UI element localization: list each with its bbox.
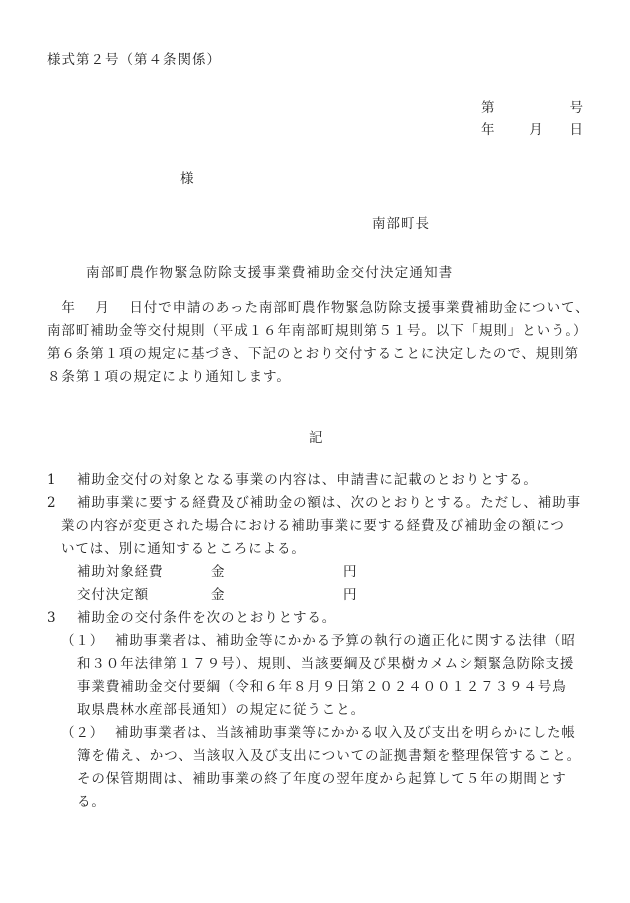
condition-text-continued: その保管期間は、補助事業の終了年度の翌年度から起算して５年の期間とす	[47, 768, 607, 791]
addressee: 様	[180, 168, 194, 190]
condition-text: 補助事業者は、当該補助事業等にかかる収入及び支出を明らかにした帳	[115, 725, 576, 741]
condition-text-continued: 取県農林水産部長通知）の規定に従うこと。	[47, 699, 607, 722]
body-line: ８条第１項の規定により通知します。	[47, 366, 597, 389]
condition-number: （２）	[61, 722, 115, 744]
body-line: 南部町補助金等交付規則（平成１６年南部町規則第５１号。以下「規則」という。）	[47, 320, 597, 343]
amount-yen: 円	[343, 561, 357, 584]
item-3: 3補助金の交付条件を次のとおりとする。	[47, 607, 607, 630]
doc-number-suffix: 号	[570, 97, 584, 119]
condition-text: 補助事業者は、補助金等にかかる予算の執行の適正化に関する法律（昭	[115, 633, 576, 649]
item-text: 補助金交付の対象となる事業の内容は、申請書に記載のとおりとする。	[77, 472, 538, 488]
doc-number-prefix: 第	[481, 97, 495, 119]
sender: 南部町長	[372, 213, 430, 235]
condition-text-continued: 事業費補助金交付要綱（令和６年８月９日第２０２４００１２７３９４号鳥	[47, 676, 607, 699]
item-text: 補助金の交付条件を次のとおりとする。	[77, 610, 336, 626]
item-2: 2補助事業に要する経費及び補助金の額は、次のとおりとする。ただし、補助事	[47, 492, 607, 515]
condition-text-continued: 和３０年法律第１７９号）、規則、当該要綱及び果樹カメムシ類緊急防除支援	[47, 653, 607, 676]
condition-text-continued: る。	[47, 791, 607, 814]
condition-1: （１）補助事業者は、補助金等にかかる予算の執行の適正化に関する法律（昭	[47, 630, 607, 653]
ki-heading: 記	[309, 427, 323, 449]
document-number-block: 第 号 年 月 日	[481, 97, 583, 141]
amount-kin: 金	[211, 561, 343, 584]
item-1: 1補助金交付の対象となる事業の内容は、申請書に記載のとおりとする。	[47, 469, 607, 492]
amount-row-eligible-cost: 補助対象経費 金 円	[47, 561, 607, 584]
issue-date: 年 月 日	[481, 119, 583, 141]
amount-yen: 円	[343, 584, 357, 607]
body-line: 第６条第１項の規定に基づき、下記のとおり交付することに決定したので、規則第	[47, 343, 597, 366]
condition-2: （２）補助事業者は、当該補助事業等にかかる収入及び支出を明らかにした帳	[47, 722, 607, 745]
date-year: 年	[481, 119, 495, 141]
items-list: 1補助金交付の対象となる事業の内容は、申請書に記載のとおりとする。 2補助事業に…	[47, 469, 607, 814]
document-number: 第 号	[481, 97, 583, 119]
amount-label: 交付決定額	[77, 584, 211, 607]
date-month: 月	[529, 119, 543, 141]
document-title: 南部町農作物緊急防除支援事業費補助金交付決定通知書	[86, 262, 454, 284]
condition-text-continued: 簿を備え、かつ、当該収入及び支出についての証拠書類を整理保管すること。	[47, 745, 607, 768]
date-day: 日	[570, 119, 584, 141]
body-line: 年 月 日付で申請のあった南部町農作物緊急防除支援事業費補助金について、	[47, 297, 597, 320]
item-number: 3	[47, 607, 77, 629]
amount-label: 補助対象経費	[77, 561, 211, 584]
body-paragraph: 年 月 日付で申請のあった南部町農作物緊急防除支援事業費補助金について、 南部町…	[47, 297, 597, 389]
item-text-continued: いては、別に通知するところによる。	[47, 538, 607, 561]
amount-kin: 金	[211, 584, 343, 607]
item-text: 補助事業に要する経費及び補助金の額は、次のとおりとする。ただし、補助事	[77, 495, 581, 511]
form-number: 様式第２号（第４条関係）	[47, 49, 221, 71]
amount-row-decided-amount: 交付決定額 金 円	[47, 584, 607, 607]
item-number: 1	[47, 469, 77, 491]
condition-number: （１）	[61, 630, 115, 652]
item-number: 2	[47, 492, 77, 514]
item-text-continued: 業の内容が変更された場合における補助事業に要する経費及び補助金の額につ	[47, 515, 607, 538]
